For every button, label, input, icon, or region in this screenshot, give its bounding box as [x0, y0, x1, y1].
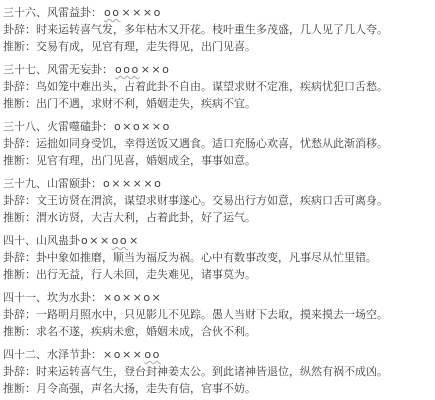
- hexagram-title: 三十六、风雷益卦：: [3, 6, 102, 19]
- hexagram-line-symbols: [161, 348, 162, 361]
- hexagram-heading: 三十九、山雷颐卦：o××××o: [3, 175, 433, 192]
- hexagram-section-37: 三十七、风雷无妄卦：ooo××o 卦辞：鸟如笼中难出头，占着此卦不自由。谋望求财…: [3, 61, 433, 112]
- hexagram-interpretation: 推断：出行无益，行人未回，走失难见，诸事莫为。: [3, 266, 433, 283]
- hexagram-line-symbols: ×××o: [120, 6, 161, 19]
- hexagram-heading: 四十、山风蛊卦o××oo×: [3, 232, 433, 249]
- hexagram-section-38: 三十八、火雷噬磕卦：o×o××o 卦辞：运拙如同身受饥，幸得送饭又遇食。适口充肠…: [3, 118, 433, 169]
- hexagram-line-symbols: ×o××: [102, 348, 143, 361]
- hexagram-line-symbols: ×o××o×: [102, 291, 162, 304]
- hexagram-line-symbols: ××o: [140, 63, 171, 76]
- hexagram-section-36: 三十六、风雷益卦：oo×××o 卦辞：时来运转喜气发，多年枯木又开花。枝叶重生多…: [3, 4, 433, 55]
- hexagram-verse: 卦辞：卦中象如推磨，顺当为福反为祸。心中有数事改变，凡事尽从忙里错。: [3, 249, 433, 266]
- hexagram-title: 四十一、坎为水卦：: [3, 291, 102, 304]
- hexagram-line-symbols: [172, 120, 173, 133]
- hexagram-interpretation: 推断：出门不遇，求财不利，婚姻走失，疾病不宜。: [3, 95, 433, 112]
- hexagram-line-symbols-misspelled: oo: [111, 234, 128, 247]
- hexagram-line-symbols: ×: [128, 234, 140, 247]
- hexagram-title: 三十七、风雷无妄卦：: [3, 63, 113, 76]
- hexagram-line-symbols: o××: [80, 234, 111, 247]
- hexagram-line-symbols: [163, 291, 164, 304]
- hexagram-line-symbols-misspelled: ooo: [114, 63, 140, 76]
- hexagram-heading: 三十六、风雷益卦：oo×××o: [3, 4, 433, 21]
- hexagram-verse: 卦辞：时来运转喜气生，登台封神姜太公。到此诸神皆退位，纵然有祸不成凶。: [3, 363, 433, 380]
- hexagram-section-42: 四十二、水泽节卦：×o××oo 卦辞：时来运转喜气生，登台封神姜太公。到此诸神皆…: [3, 346, 433, 397]
- hexagram-interpretation: 推断：交易有成，见官有理，走失得见，出门见喜。: [3, 38, 433, 55]
- hexagram-heading: 三十七、风雷无妄卦：ooo××o: [3, 61, 433, 78]
- hexagram-verse: 卦辞：时来运转喜气发，多年枯木又开花。枝叶重生多茂盛，几人见了几人夸。: [3, 21, 433, 38]
- hexagram-line-symbols-misspelled: oo: [103, 6, 120, 19]
- hexagram-title: 三十九、山雷颐卦：: [3, 177, 102, 190]
- hexagram-verse: 卦辞：鸟如笼中难出头，占着此卦不自由。谋望求财不定准，疾病忧犯口舌愁。: [3, 78, 433, 95]
- hexagram-title: 三十八、火雷噬磕卦：: [3, 120, 113, 133]
- hexagram-heading: 四十一、坎为水卦：×o××o×: [3, 289, 433, 306]
- hexagram-interpretation: 推断：求名不遂，疾病未愈，婚姻未成，合伙不利。: [3, 323, 433, 340]
- hexagram-line-symbols: [163, 177, 164, 190]
- hexagram-verse: 卦辞：文王访贤在渭滨，谋望求财事遂心。交易出行方如意，疾病口舌可离身。: [3, 192, 433, 209]
- hexagram-section-41: 四十一、坎为水卦：×o××o× 卦辞：一路明月照水中，只见影儿不见踪。愚人当财下…: [3, 289, 433, 340]
- hexagram-interpretation: 推断：渭水访贤，大吉大利，占着此卦，好了运气。: [3, 209, 433, 226]
- hexagram-title: 四十、山风蛊卦: [3, 234, 80, 247]
- hexagram-verse: 卦辞：一路明月照水中，只见影儿不见踪。愚人当财下去取，摸来摸去一场空。: [3, 306, 433, 323]
- hexagram-line-symbols: o×o××o: [113, 120, 171, 133]
- hexagram-line-symbols-misspelled: oo: [143, 348, 160, 361]
- hexagram-heading: 四十二、水泽节卦：×o××oo: [3, 346, 433, 363]
- hexagram-heading: 三十八、火雷噬磕卦：o×o××o: [3, 118, 433, 135]
- hexagram-line-symbols: o××××o: [102, 177, 162, 190]
- hexagram-section-40: 四十、山风蛊卦o××oo× 卦辞：卦中象如推磨，顺当为福反为祸。心中有数事改变，…: [3, 232, 433, 283]
- hexagram-interpretation: 推断：见官有理，出门见喜，婚姻成全，事事如意。: [3, 152, 433, 169]
- document-page: 三十六、风雷益卦：oo×××o 卦辞：时来运转喜气发，多年枯木又开花。枝叶重生多…: [0, 0, 435, 397]
- hexagram-interpretation: 推断：月令高强，声名大扬，走失有信，官事不妨。: [3, 380, 433, 397]
- hexagram-verse: 卦辞：运拙如同身受饥，幸得送饭又遇食。适口充肠心欢喜，忧愁从此渐消移。: [3, 135, 433, 152]
- hexagram-title: 四十二、水泽节卦：: [3, 348, 102, 361]
- hexagram-section-39: 三十九、山雷颐卦：o××××o 卦辞：文王访贤在渭滨，谋望求财事遂心。交易出行方…: [3, 175, 433, 226]
